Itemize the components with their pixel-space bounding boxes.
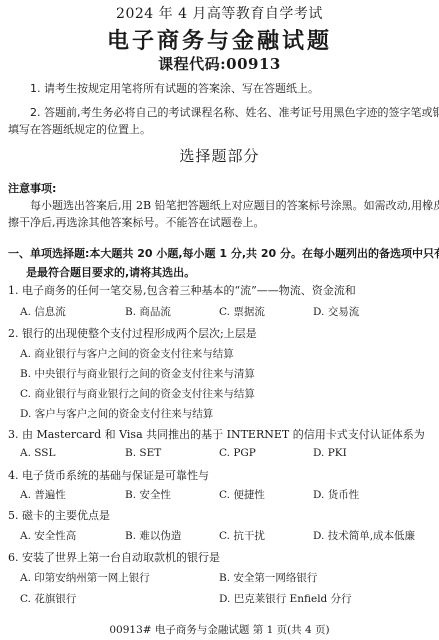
option-b: B. 安全性	[125, 487, 171, 502]
instruction-1: 1. 请考生按规定用笔将所有试题的答案涂、写在答题纸上。	[30, 80, 319, 96]
option-d: D. 交易流	[313, 304, 359, 319]
part-one-line-2: 是最符合题目要求的,请将其选出。	[26, 264, 195, 280]
option-a: A. 安全性高	[20, 528, 76, 543]
option-a: A. 普遍性	[20, 487, 66, 502]
option-d: D. 货币性	[313, 487, 359, 502]
option-c: C. 票据流	[219, 304, 265, 319]
question-stem: 3. 由 Mastercard 和 Visa 共同推出的基于 INTERNET …	[8, 426, 425, 442]
option-d: D. 技术简单,成本低廉	[313, 528, 415, 543]
question-stem: 5. 磁卡的主要优点是	[8, 507, 110, 523]
option-a: A. 印第安纳州第一网上银行	[20, 570, 150, 585]
option-c: C. 抗干扰	[219, 528, 265, 543]
option-c: C. 便捷性	[219, 487, 265, 502]
notes-line-1: 每小题选出答案后,用 2B 铅笔把答题纸上对应题目的答案标号涂黑。如需改动,用橡…	[30, 197, 439, 213]
question-stem: 6. 安装了世界上第一台自动取款机的银行是	[8, 549, 220, 565]
option-a: A. 信息流	[20, 304, 66, 319]
question-stem: 1. 电子商务的任何一笔交易,包含着三种基本的“流”——物流、资金流和	[8, 282, 356, 298]
instruction-2-cont: 填写在答题纸规定的位置上。	[8, 121, 151, 137]
option-b: B. SET	[125, 447, 161, 459]
option-c: C. PGP	[219, 447, 256, 459]
option-d: D. 客户与客户之间的资金支付往来与结算	[20, 406, 213, 421]
option-d: D. 巴克莱银行 Enfield 分行	[219, 591, 352, 606]
option-b: B. 商品流	[125, 304, 171, 319]
option-c: C. 商业银行与商业银行之间的资金支付往来与结算	[20, 386, 255, 401]
option-b: B. 中央银行与商业银行之间的资金支付往来与清算	[20, 366, 255, 381]
page-footer: 00913# 电子商务与金融试题 第 1 页(共 4 页)	[0, 622, 439, 637]
notes-heading: 注意事项:	[8, 180, 56, 196]
option-a: A. 商业银行与客户之间的资金支付往来与结算	[20, 346, 234, 361]
course-code: 课程代码:00913	[0, 53, 439, 74]
option-b: B. 难以伪造	[125, 528, 181, 543]
part-one-line-1: 一、单项选择题:本大题共 20 小题,每小题 1 分,共 20 分。在每小题列出…	[8, 245, 439, 261]
section-title: 选择题部分	[0, 145, 439, 166]
question-stem: 2. 银行的出现使整个支付过程形成两个层次;上层是	[8, 325, 257, 341]
exam-line: 2024 年 4 月高等教育自学考试	[0, 3, 439, 23]
option-d: D. PKI	[313, 447, 347, 459]
notes-line-2: 擦干净后,再选涂其他答案标号。不能答在试题卷上。	[8, 214, 265, 230]
option-b: B. 安全第一网络银行	[219, 570, 317, 585]
question-stem: 4. 电子货币系统的基础与保证是可靠性与	[8, 467, 209, 483]
page-title: 电子商务与金融试题	[0, 24, 439, 55]
instruction-2: 2. 答题前,考生务必将自己的考试课程名称、姓名、准考证号用黑色字迹的签字笔或钢…	[30, 104, 439, 120]
option-c: C. 花旗银行	[20, 591, 76, 606]
option-a: A. SSL	[20, 447, 55, 459]
